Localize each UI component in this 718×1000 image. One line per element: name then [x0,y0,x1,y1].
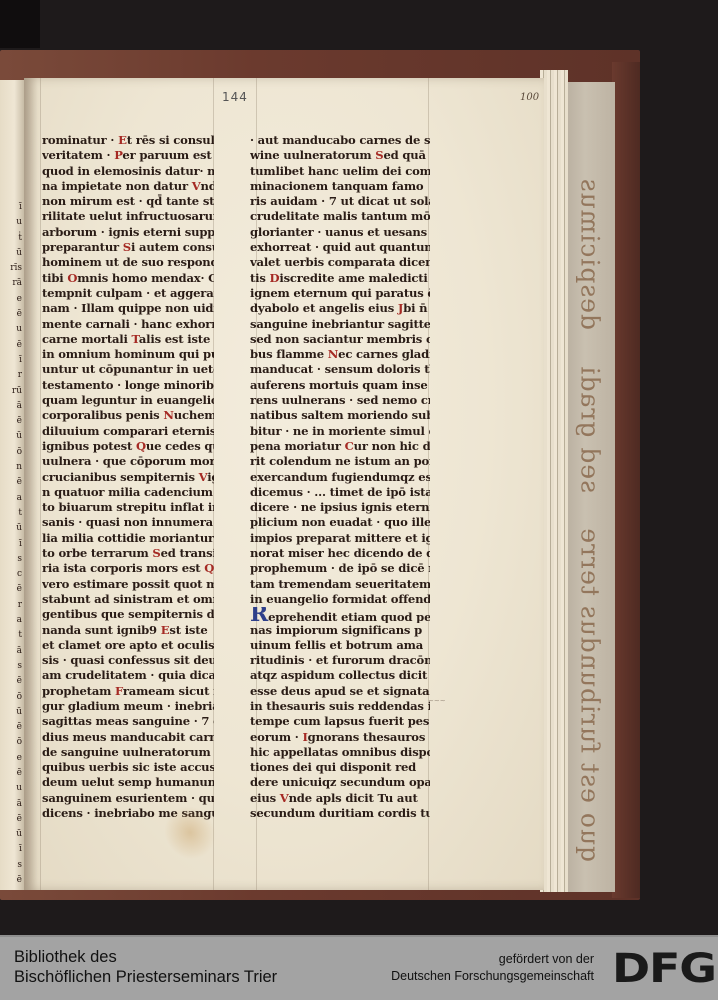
background-corner [0,0,40,48]
spine-label-segment: despicimus [576,178,605,330]
manuscript-line: hic appellatas omnibus dispo si [250,745,430,760]
manuscript-line: wine uulneratorum Sed quā [250,148,430,163]
manuscript-line: rilitate uelut infructuosarum [42,209,214,224]
manuscript-line: dere unicuiqz secundum opa [250,775,430,790]
rubricated-letter: E [161,623,170,637]
left-page-line: ō [2,735,22,750]
manuscript-line: bitur · ne in moriente simul cū [250,424,430,439]
manuscript-line: quam leguntur in euangelio [42,393,214,408]
left-page-text: īuṫūrīsrāeēuēīrrūāēūōnēatūīscēratāsēōūēō… [2,200,22,900]
manuscript-line: ritudinis · et furorum dracōnu [250,653,430,668]
manuscript-line: esse deus apud se et signatas [250,684,430,699]
manuscript-line: et clamet ore apto et oculis clau [42,638,214,653]
manuscript-line: dicemus · ... timet de ipō ista [250,485,430,500]
manuscript-line: stabunt ad sinistram et omnib9 [42,592,214,607]
manuscript-line: prophemum · de ipō se dicē nimis [250,561,430,576]
manuscript-line: lia milia cottidie moriantur to [42,531,214,546]
manuscript-line: ignibus potest Que cedes que [42,439,214,454]
left-page-line: ē [2,720,22,735]
ruling-line [40,78,41,890]
manuscript-line: rens uulnerans · sed nemo cru [250,393,430,408]
manuscript-line: diluuium comparari eternis [42,424,214,439]
manuscript-line: ria ista corporis mors est Qs [42,561,214,576]
left-page-line: rū [2,384,22,399]
manuscript-line: auferens mortuis quam inse [250,378,430,393]
left-page-line: c [2,567,22,582]
manuscript-line: nanda sunt ignib9 Est iste [42,623,214,638]
manuscript-line: secundum duritiam cordis tui [250,806,430,821]
rubricated-letter: S [123,240,131,254]
manuscript-line: manducat · sensum doloris tīni [250,362,430,377]
manuscript-line: prophetam Frameam sicut ful [42,684,214,699]
manuscript-scan: quo est furibundus terre sed gradi despi… [0,0,718,935]
manuscript-line: glorianter · uanus et uesans [250,225,430,240]
rubricated-letter: T [132,332,139,346]
left-page-line: e [2,292,22,307]
manuscript-line: valet uerbis comparata dicen [250,255,430,270]
rubricated-letter: O [67,271,77,285]
left-page-line: ō [2,445,22,460]
funder-text: gefördert von der Deutschen Forschungsge… [391,951,594,985]
library-name: Bibliothek des Bischöflichen Priestersem… [14,947,277,987]
rubricated-letter: J [398,301,403,315]
manuscript-line: uinum fellis et botrum ama [250,638,430,653]
text-column-right: · aut manducabo carnes de sagwine uulner… [250,133,430,821]
manuscript-line: Reprehendit etiam quod pe [250,607,430,622]
manuscript-line: veritatem · Per paruum est em̄ [42,148,214,163]
manuscript-line: · aut manducabo carnes de sag [250,133,430,148]
funder-line2: Deutschen Forschungsgemeinschaft [391,968,594,985]
manuscript-line: tiones dei qui disponit red [250,760,430,775]
manuscript-line: vero estimare possit quot mil ha [42,577,214,592]
manuscript-line: tumlibet hanc uelim dei com [250,164,430,179]
footer-banner: Bibliothek des Bischöflichen Priestersem… [0,935,718,1000]
library-name-line2: Bischöflichen Priesterseminars Trier [14,967,277,987]
manuscript-line: in euangelio formidat offende [250,592,430,607]
manuscript-line: ris auidam · 7 ut dicat ut sola [250,194,430,209]
rubricated-letter: E [118,133,127,147]
manuscript-line: tis Discredite ame maledicti in [250,271,430,286]
left-page-line: ṫ [2,231,22,246]
rubricated-letter: Q [204,561,214,575]
left-page-line: r [2,368,22,383]
manuscript-line: gentibus que sempiternis damp [42,607,214,622]
manuscript-line: natibus saltem moriendo subt [250,408,430,423]
manuscript-line: dyabolo et angelis eius Jbi n̄ [250,301,430,316]
manuscript-line: testamento · longe minoribus [42,378,214,393]
manuscript-line: tempe cum lapsus fuerit pes [250,714,430,729]
manuscript-line: preparantur Si autem consulas [42,240,214,255]
manuscript-line: atqz aspidum collectus dicit [250,668,430,683]
left-page-line: s [2,659,22,674]
manuscript-line: in omnium hominum qui puni [42,347,214,362]
rubricated-letter: D [270,271,280,285]
left-page-line: ū [2,246,22,261]
left-page-line: ā [2,644,22,659]
left-page-line: rā [2,276,22,291]
left-page-line: ō [2,690,22,705]
manuscript-line: to biuarum strepitu inflat in [42,500,214,515]
manuscript-line: exercandum fugiendumqz esse [250,470,430,485]
margin-note: ~~~ [428,697,446,705]
left-page-line: s [2,552,22,567]
left-page-line: ē [2,414,22,429]
left-page-line: r [2,598,22,613]
manuscript-line: n quatuor milia cadencium to [42,485,214,500]
left-page-line: ē [2,674,22,689]
manuscript-line: pena moriatur Cur non hic di [250,439,430,454]
manuscript-line: non mirum est · qd̄ tante ste [42,194,214,209]
gutter-shadow [24,78,38,890]
manuscript-line: to orbe terrarum Sed transito [42,546,214,561]
manuscript-line: rominatur · Et rēs si consulas [42,133,214,148]
spine-label-text: quo est furibundus terre sed gradi despi… [565,160,615,880]
rubricated-letter: V [280,791,289,805]
manuscript-line: dicere · ne ipsius ignis eterni sup [250,500,430,515]
manuscript-line: ignem eternum qui paratus ē [250,286,430,301]
manuscript-line: quibus uerbis sic iste accusat [42,760,214,775]
left-page-line: a [2,613,22,628]
manuscript-line: norat miser hec dicendo de deo [250,546,430,561]
spine-label-segment: sed gradi [576,365,605,492]
manuscript-line: sagittas meas sanguine · 7 gla [42,714,214,729]
folio-number-pencil: 144 [222,90,248,104]
left-page-line: ē [2,766,22,781]
left-page-line: ē [2,582,22,597]
left-page-line: ī [2,353,22,368]
manuscript-line: carne mortali Talis est iste [42,332,214,347]
left-page-fragment: īuṫūrīsrāeēuēīrrūāēūōnēatūīscēratāsēōūēō… [0,80,24,890]
manuscript-line: untur ut cōpunantur in ueteri [42,362,214,377]
manuscript-line: gur gladium meum · inebriabo [42,699,214,714]
left-page-line: n [2,460,22,475]
manuscript-line: bus flamme Nec carnes gladis [250,347,430,362]
left-page-line: ē [2,873,22,888]
manuscript-line: quod in elemosinis datur· mag [42,164,214,179]
left-page-line: ā [2,797,22,812]
manuscript-line: in thesauris suis reddendas in [250,699,430,714]
dfg-logo: DFG [612,948,716,990]
manuscript-line: crudelitate malis tantum mō [250,209,430,224]
blue-initial: R [250,607,268,622]
library-name-line1: Bibliothek des [14,947,277,967]
left-page-line: u [2,322,22,337]
text-column-left: rominatur · Et rēs si consulasveritatem … [42,133,214,821]
manuscript-line: tempnit culpam · et aggerat pe [42,286,214,301]
left-page-line: a [2,491,22,506]
rubricated-letter: I [302,730,307,744]
manuscript-line: minacionem tanquam famo [250,179,430,194]
rubricated-letter: Q [136,439,146,453]
manuscript-line: sanis · quasi non innumera bi [42,515,214,530]
left-page-line: u [2,781,22,796]
manuscript-line: sanguine inebriantur sagitte · [250,317,430,332]
page-stack-edges [540,70,568,892]
manuscript-line: rit colendum ne istum an pon9 [250,454,430,469]
rubricated-letter: N [328,347,338,361]
rubricated-letter: P [114,148,122,162]
left-page-line: ū [2,521,22,536]
binding-board-edge [612,62,640,898]
rubricated-letter: V [199,470,208,484]
manuscript-line: na impietate non datur Vnde [42,179,214,194]
manuscript-line: impios preparat mittere et ig [250,531,430,546]
rubricated-letter: C [345,439,354,453]
manuscript-line: hominem ut de suo respondeat [42,255,214,270]
rubricated-letter: F [115,684,123,698]
manuscript-line: arborum · ignis eterni supplicii [42,225,214,240]
manuscript-line: exhorreat · quid aut quantum [250,240,430,255]
left-page-line: e [2,751,22,766]
rubricated-letter: N [163,408,173,422]
left-page-line: ā [2,399,22,414]
left-page-line: u [2,215,22,230]
left-page-line: ī [2,842,22,857]
rubricated-letter: S [152,546,160,560]
left-page-line: ē [2,338,22,353]
left-page-line: ī [2,200,22,215]
left-page-line: ī [2,537,22,552]
manuscript-line: deum uelut semp humanum [42,775,214,790]
rubricated-letter: S [375,148,383,162]
manuscript-line: tibi Omnis homo mendax· Co [42,271,214,286]
manuscript-line: crucianibus sempiternis Vigi [42,470,214,485]
manuscript-line: eius Vnde apls dicit Tu aut [250,791,430,806]
left-page-line: t [2,628,22,643]
manuscript-line: am crudelitatem · quia dicat p [42,668,214,683]
manuscript-line: sed non saciantur membris oī [250,332,430,347]
manuscript-line: eorum · Ignorans thesauros [250,730,430,745]
folio-number-ink: 100 [520,92,539,103]
rubricated-letter: V [192,179,201,193]
spine-label-segment: quo est furibundus terre [576,528,605,863]
manuscript-line: corporalibus penis Nuchem [42,408,214,423]
left-page-line: ē [2,475,22,490]
left-page-line: ū [2,705,22,720]
left-page-line: ū [2,827,22,842]
manuscript-line: plicium non euadat · quo ille [250,515,430,530]
manuscript-line: mente carnali · hanc exhorret [42,317,214,332]
manuscript-line: sis · quasi confessus sit deus su [42,653,214,668]
funder-line1: gefördert von der [391,951,594,968]
left-page-line: s [2,858,22,873]
left-page-line: t [2,506,22,521]
manuscript-line: dius meus manducabit carnes [42,730,214,745]
left-page-line: ē [2,307,22,322]
left-page-line: ū [2,429,22,444]
manuscript-line: nam · Illam quippe non uidit [42,301,214,316]
manuscript-line: de sanguine uulneratorum Ex [42,745,214,760]
manuscript-line: nas impiorum significans p [250,623,430,638]
manuscript-line: uulnera · que cōporum mortes [42,454,214,469]
left-page-line: rīs [2,261,22,276]
left-page-line: ē [2,812,22,827]
manuscript-line: tam tremendam seueritatem [250,577,430,592]
